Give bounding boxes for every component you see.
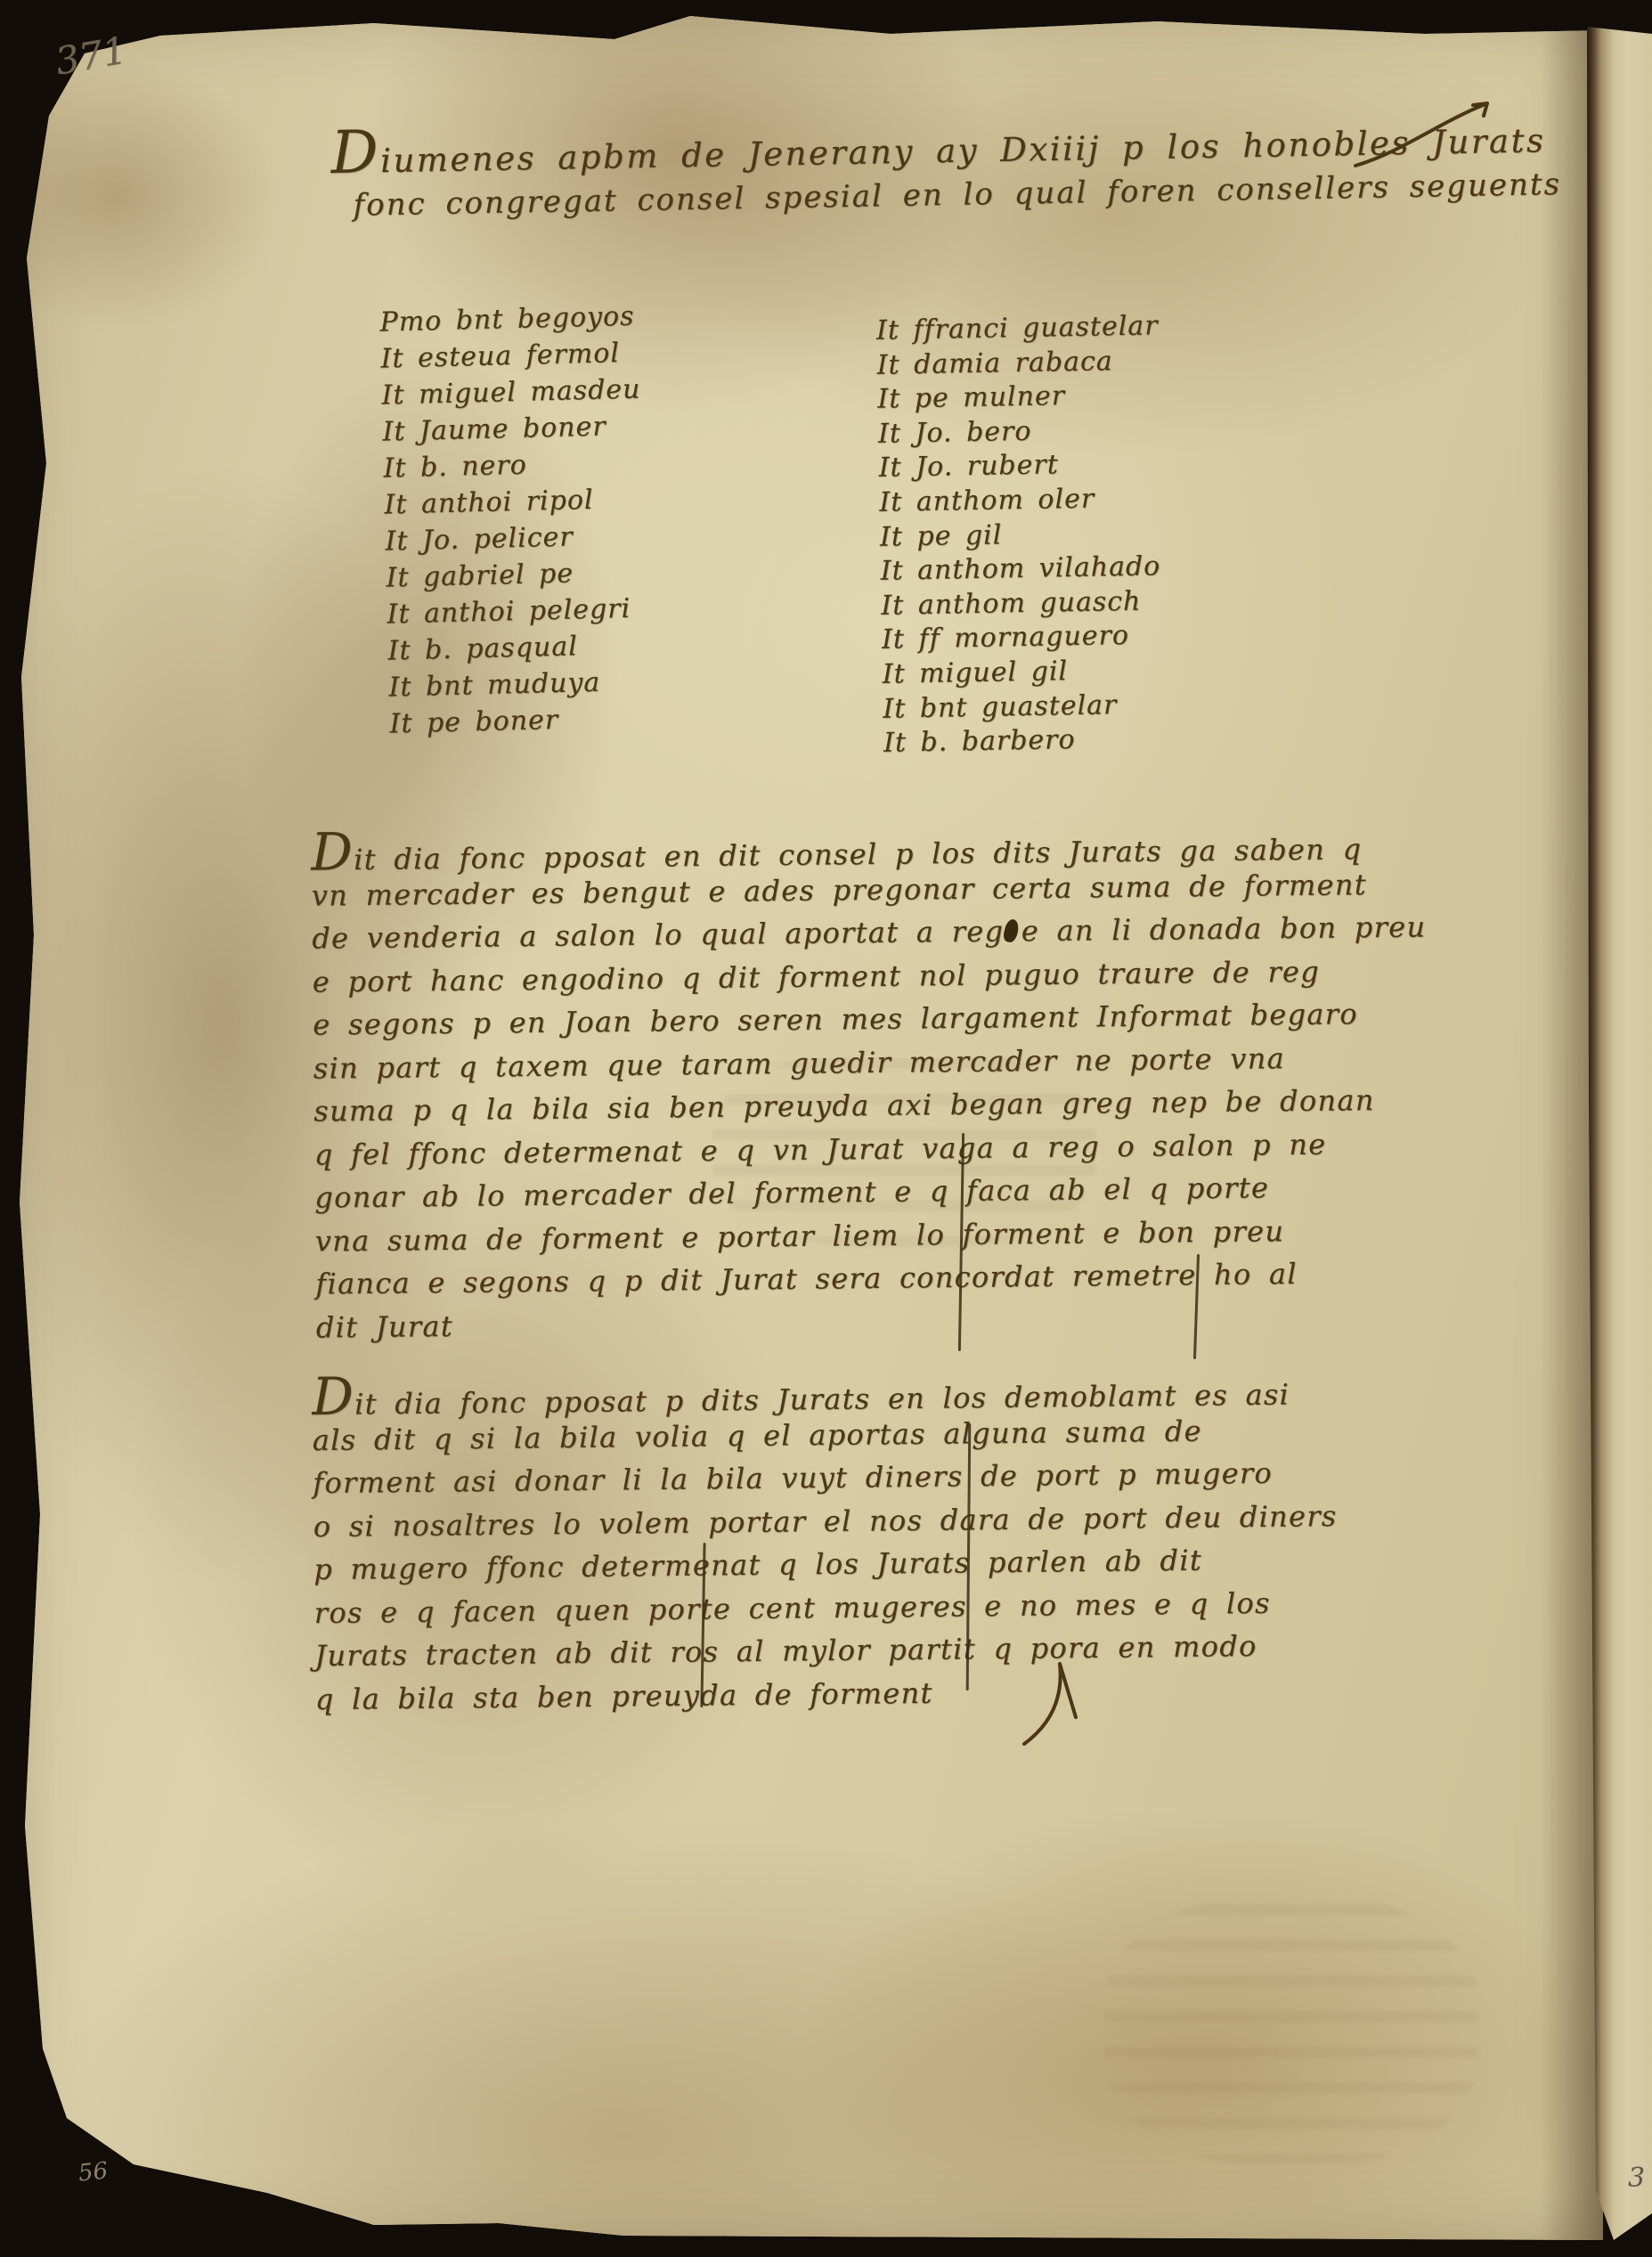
attendee-name: It Jo. bero — [878, 412, 1160, 452]
attendee-name: It ff mornaguero — [882, 619, 1164, 658]
pen-flourish — [1354, 96, 1496, 176]
attendee-name: It gabriel pe — [386, 553, 646, 596]
attendee-name: It b. barbero — [883, 721, 1166, 761]
attendee-name: It bnt guastelar — [883, 688, 1165, 727]
attendee-name: It anthoi ripol — [384, 480, 644, 523]
attendee-name: It Jaume boner — [382, 407, 642, 450]
attendee-name: It b. nero — [383, 444, 643, 486]
attendee-name: It Jo. rubert — [878, 447, 1160, 486]
pencil-mark: 56 — [77, 2157, 110, 2187]
attendee-name: It anthom vilahado — [880, 550, 1162, 589]
attendee-name: It esteua fermol — [380, 335, 640, 378]
paragraph-2: Dit dia fonc pposat p dits Jurats en los… — [312, 1365, 1339, 1721]
pen-flourish — [997, 1662, 1104, 1751]
attendee-name: It anthom guasch — [881, 584, 1163, 623]
attendee-name: It pe gil — [880, 516, 1162, 555]
adjacent-page-edge — [1587, 27, 1652, 2240]
attendee-name: It Jo. pelicer — [385, 517, 645, 559]
attendee-name: It pe boner — [389, 699, 649, 742]
manuscript-photo: { "page": { "folio_number": "371", "penc… — [0, 0, 1652, 2257]
attendee-name: It damia rabaca — [876, 344, 1159, 383]
attendee-name: It bnt muduya — [388, 663, 648, 705]
adjacent-page-pencil-mark: 3 — [1628, 2163, 1645, 2194]
attendee-name: It miguel gil — [882, 653, 1164, 692]
attendee-name: It b. pasqual — [387, 626, 647, 669]
attendee-name: It anthom oler — [879, 481, 1161, 520]
attendees-right-column: It ffranci guastelar It damia rabaca It … — [876, 309, 1166, 761]
attendee-name: It miguel masdeu — [381, 371, 641, 413]
ink-bleedthrough — [1104, 1897, 1478, 2164]
attendee-name: It anthoi pelegri — [387, 590, 647, 632]
attendee-name: It pe mulner — [877, 378, 1160, 417]
paragraph-1: Dit dia fonc pposat en dit consel p los … — [311, 819, 1430, 1348]
attendee-name: Pmo bnt begoyos — [379, 298, 639, 341]
attendee-name: It ffranci guastelar — [876, 309, 1159, 348]
attendees-left-column: Pmo bnt begoyos It esteua fermol It migu… — [379, 298, 649, 743]
